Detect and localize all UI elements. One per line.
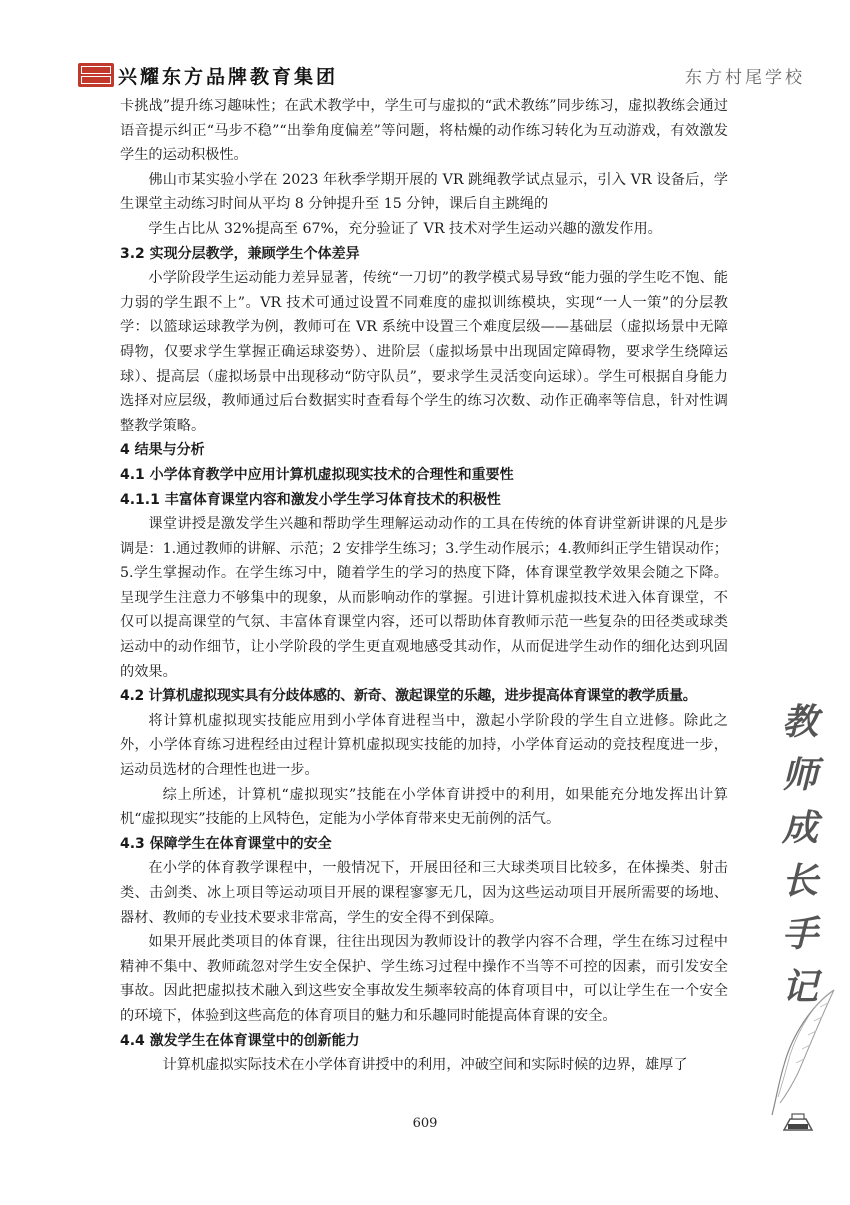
paragraph: 将计算机虚拟现实技能应用到小学体育进程当中，激起小学阶段的学生自立进修。除此之外…	[120, 709, 728, 783]
paragraph: 小学阶段学生运动能力差异显著，传统“一刀切”的教学模式易导致“能力强的学生吃不饱…	[120, 266, 728, 438]
section-heading-3-2: 3.2 实现分层教学，兼顾学生个体差异	[120, 242, 728, 267]
section-heading-4-2: 4.2 计算机虚拟现实具有分歧体感的、新奇、激起课堂的乐趣，进步提高体育课堂的教…	[120, 684, 728, 709]
section-heading-4: 4 结果与分析	[120, 438, 728, 463]
section-heading-4-3: 4.3 保障学生在体育课堂中的安全	[120, 832, 728, 857]
paragraph: 佛山市某实验小学在 2023 年秋季学期开展的 VR 跳绳教学试点显示，引入 V…	[120, 168, 728, 217]
side-decoration: 教 师 成 长 手 记	[770, 696, 830, 1014]
paragraph: 在小学的体育教学课程中，一般情况下，开展田径和三大球类项目比较多，在体操类、射击…	[120, 856, 728, 930]
quill-and-inkwell-icon	[762, 985, 842, 1139]
article-body: 卡挑战”提升练习趣味性；在武术教学中，学生可与虚拟的“武术教练”同步练习，虚拟教…	[120, 94, 728, 1078]
page-number: 609	[0, 1116, 850, 1131]
group-name: 兴耀东方品牌教育集团	[118, 62, 338, 89]
paragraph: 卡挑战”提升练习趣味性；在武术教学中，学生可与虚拟的“武术教练”同步练习，虚拟教…	[120, 94, 728, 168]
vertical-calligraphy-char: 长	[770, 855, 830, 908]
paragraph: 学生占比从 32%提高至 67%，充分验证了 VR 技术对学生运动兴趣的激发作用…	[120, 217, 728, 242]
paragraph: 计算机虚拟实际技术在小学体育讲授中的利用，冲破空间和实际时候的边界，雄厚了	[120, 1053, 728, 1078]
paragraph: 如果开展此类项目的体育课，往往出现因为教师设计的教学内容不合理，学生在练习过程中…	[120, 930, 728, 1028]
section-heading-4-4: 4.4 激发学生在体育课堂中的创新能力	[120, 1029, 728, 1054]
page-header: 兴耀东方品牌教育集团 东方村尾学校	[0, 60, 850, 90]
section-heading-4-1: 4.1 小学体育教学中应用计算机虚拟现实技术的合理性和重要性	[120, 463, 728, 488]
school-name: 东方村尾学校	[685, 63, 805, 88]
vertical-calligraphy-char: 师	[770, 749, 830, 802]
paragraph: 综上所述，计算机“虚拟现实”技能在小学体育讲授中的利用，如果能充分地发挥出计算机…	[120, 783, 728, 832]
vertical-calligraphy-char: 成	[770, 802, 830, 855]
paragraph: 课堂讲授是激发学生兴趣和帮助学生理解运动动作的工具在传统的体育讲堂新讲课的凡是步…	[120, 512, 728, 684]
vertical-calligraphy-char: 教	[770, 696, 830, 749]
xingyao-logo-icon	[78, 63, 114, 87]
section-heading-4-1-1: 4.1.1 丰富体育课堂内容和激发小学生学习体育技术的积极性	[120, 488, 728, 513]
vertical-calligraphy-char: 手	[770, 908, 830, 961]
